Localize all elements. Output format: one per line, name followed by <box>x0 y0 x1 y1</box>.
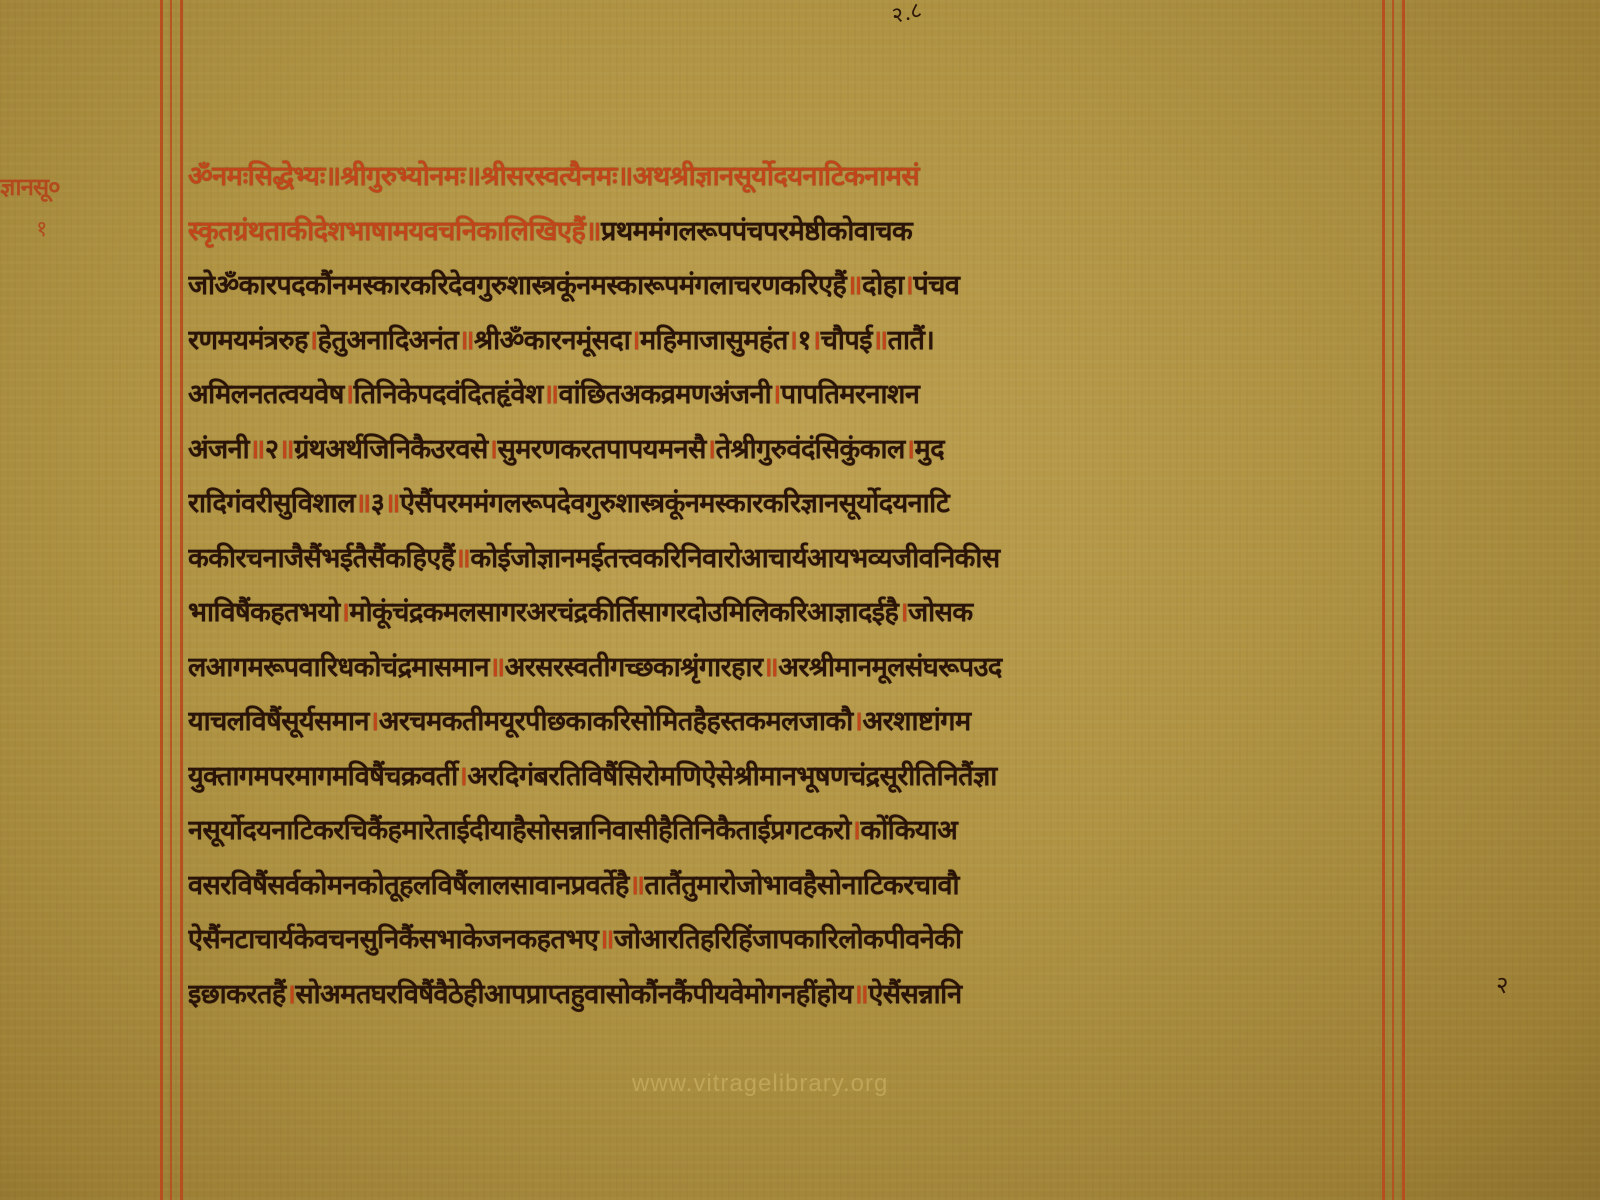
body-text: अरशाष्टांगम <box>862 706 970 737</box>
body-text: महिमाजासुमहंत <box>640 325 788 356</box>
body-text: तातैं। <box>888 325 935 356</box>
rubric-text: । <box>851 815 861 846</box>
manuscript-line: नसूर्योदयनाटिकरचिकैंहमारेताईदीयाहैसोसन्न… <box>188 804 1378 859</box>
rubric-text: ॥ <box>846 270 862 301</box>
body-text: मोकूंचंद्रकमलसागरअरचंद्रकीर्तिसागरदोउमिल… <box>349 597 898 628</box>
manuscript-line: रादिगंवरीसुविशाल॥३॥ऐसैंपरममंगलरूपदेवगुरु… <box>188 477 1378 532</box>
manuscript-line: ऐसैंनटाचार्यकेवचनसुनिकैंसभाकेजनकहतभए॥जोआ… <box>188 913 1378 968</box>
rubric-text: ॥ <box>455 543 471 574</box>
rubric-text: ॥ <box>598 924 614 955</box>
body-text: अरसरस्वतीगच्छकाश्रृंगारहार <box>505 652 763 683</box>
rubric-text: । <box>344 379 354 410</box>
rubric-text: । <box>630 325 640 356</box>
rubric-text: । <box>898 597 908 628</box>
body-text: तातैंतुमारोजोभावहैसोनाटिकरचावौ <box>645 870 959 901</box>
rubric-text: स्कृतग्रंथताकीदेशभाषामयवचनिकालिखिएहैं॥ <box>188 216 601 247</box>
rubric-text: । <box>771 379 781 410</box>
rubric-text: ॐनमःसिद्धेभ्यः॥श्रीगुरुभ्योनमः॥श्रीसरस्व… <box>188 161 919 192</box>
body-text: जोसक <box>908 597 973 628</box>
folio-number-top: २.८ <box>890 1 924 28</box>
rubric-text: ॥ <box>872 325 888 356</box>
left-margin-note: ज्ञानसू० १ <box>0 170 150 243</box>
body-text: अरश्रीमानमूलसंघरूपउद <box>778 652 1002 683</box>
rubric-text: । <box>706 434 716 465</box>
body-text: युक्तागमपरमागमविषैंचक्रवर्ती <box>188 761 458 792</box>
body-text: कोंकियाअ <box>860 815 957 846</box>
body-text: अंजनी <box>188 434 249 465</box>
body-text: श्रीॐकारनमूंसदा <box>474 325 630 356</box>
body-text: रादिगंवरीसुविशाल <box>188 488 355 519</box>
body-text: वसरविषैंसर्वकोमनकोतूहलविषैंलालसावानप्रवर… <box>188 870 629 901</box>
manuscript-line: ककीरचनाजैसैंभईतैसैंकहिएहैं॥कोईजोज्ञानमईत… <box>188 532 1378 587</box>
rubric-text: । <box>488 434 498 465</box>
manuscript-line: भाविषैंकहतभयो।मोकूंचंद्रकमलसागरअरचंद्रकी… <box>188 586 1378 641</box>
body-text: सुमरणकरतपापयमनसै <box>498 434 706 465</box>
rubric-text: । <box>369 706 379 737</box>
manuscript-line: अंजनी॥२॥ग्रंथअर्थजिनिकैउरवसे।सुमरणकरतपाप… <box>188 423 1378 478</box>
body-text: जोआरतिहरिहिंजापकारिलोकपीवनेकी <box>614 924 961 955</box>
rubric-text: । <box>811 325 821 356</box>
rubric-text: ॥ <box>458 325 474 356</box>
watermark: www.vitragelibrary.org <box>632 1070 888 1098</box>
body-text: इछाकरतहैं <box>188 979 286 1010</box>
body-text: ऐसैंनटाचार्यकेवचनसुनिकैंसभाकेजनकहतभए <box>188 924 598 955</box>
body-text: अरदिगंबरतिविषैंसिरोमणिऐसेश्रीमानभूषणचंद्… <box>467 761 996 792</box>
rubric-text: । <box>788 325 798 356</box>
rubric-text: ॥ <box>355 488 371 519</box>
rubric-text: ॥ <box>763 652 779 683</box>
body-text: याचलविषैंसूर्यसमान <box>188 706 369 737</box>
body-text: भाविषैंकहतभयो <box>188 597 340 628</box>
body-text: हेतुअनादिअनंत <box>318 325 459 356</box>
rubric-text: ॥ <box>543 379 559 410</box>
body-text: ग्रंथअर्थजिनिकैउरवसे <box>294 434 488 465</box>
body-text: चौपई <box>821 325 872 356</box>
body-text: पापतिमरनाशन <box>781 379 920 410</box>
manuscript-line: वसरविषैंसर्वकोमनकोतूहलविषैंलालसावानप्रवर… <box>188 859 1378 914</box>
body-text: अमिलनतत्वयवेष <box>188 379 344 410</box>
manuscript-text-block: ॐनमःसिद्धेभ्यः॥श्रीगुरुभ्योनमः॥श्रीसरस्व… <box>188 150 1378 1022</box>
body-text: ऐसैंसन्नानि <box>868 979 961 1010</box>
body-text: नसूर्योदयनाटिकरचिकैंहमारेताईदीयाहैसोसन्न… <box>188 815 851 846</box>
body-text: पंचव <box>913 270 959 301</box>
right-border-rule <box>1402 0 1405 1200</box>
manuscript-line: लआगमरूपवारिधकोचंद्रमासमान॥अरसरस्वतीगच्छक… <box>188 641 1378 696</box>
right-border-rule <box>1392 0 1394 1200</box>
body-text: लआगमरूपवारिधकोचंद्रमासमान <box>188 652 489 683</box>
manuscript-line: स्कृतग्रंथताकीदेशभाषामयवचनिकालिखिएहैं॥प्… <box>188 205 1378 260</box>
body-text: जोॐकारपदकौंनमस्कारकरिदेवगुरुशास्त्रकूंनम… <box>188 270 846 301</box>
body-text: प्रथममंगलरूपपंचपरमेष्ठीकोवाचक <box>601 216 912 247</box>
manuscript-line: युक्तागमपरमागमविषैंचक्रवर्ती।अरदिगंबरतिव… <box>188 750 1378 805</box>
manuscript-line: याचलविषैंसूर्यसमान।अरचमकतीमयूरपीछकाकरिसो… <box>188 695 1378 750</box>
manuscript-line: इछाकरतहैं।सोअमतघरविषैंवैठेहीआपप्राप्तहुव… <box>188 968 1378 1023</box>
body-text: २ <box>265 434 279 465</box>
margin-folio-number: १ <box>36 213 150 243</box>
manuscript-line: रणमयमंत्ररुह।हेतुअनादिअनंत॥श्रीॐकारनमूंस… <box>188 314 1378 369</box>
body-text: सोअमतघरविषैंवैठेहीआपप्राप्तहुवासोकौंनकैं… <box>295 979 852 1010</box>
left-border-rule <box>170 0 172 1200</box>
rubric-text: ॥ <box>384 488 400 519</box>
rubric-text: ॥ <box>278 434 294 465</box>
manuscript-line: ॐनमःसिद्धेभ्यः॥श्रीगुरुभ्योनमः॥श्रीसरस्व… <box>188 150 1378 205</box>
left-border-rule <box>180 0 183 1200</box>
right-margin-folio-number: २ <box>1496 968 1508 1001</box>
rubric-text: । <box>905 434 915 465</box>
rubric-text: । <box>458 761 468 792</box>
body-text: ककीरचनाजैसैंभईतैसैंकहिएहैं <box>188 543 455 574</box>
body-text: १ <box>797 325 811 356</box>
rubric-text: ॥ <box>853 979 869 1010</box>
rubric-text: । <box>340 597 350 628</box>
manuscript-page: २.८ ज्ञानसू० १ २ ॐनमःसिद्धेभ्यः॥श्रीगुरु… <box>0 0 1600 1200</box>
rubric-text: ॥ <box>489 652 505 683</box>
body-text: मुद <box>915 434 944 465</box>
body-text: अरचमकतीमयूरपीछकाकरिसोमितहैहस्तकमलजाकौ <box>379 706 853 737</box>
body-text: तिनिकेपदवंदितहृंवेश <box>354 379 543 410</box>
rubric-text: । <box>308 325 318 356</box>
body-text: ऐसैंपरममंगलरूपदेवगुरुशास्त्रकूंनमस्कारकर… <box>400 488 949 519</box>
body-text: रणमयमंत्ररुह <box>188 325 308 356</box>
body-text: तेश्रीगुरुवंदंसिकुंकाल <box>716 434 905 465</box>
rubric-text: ॥ <box>629 870 645 901</box>
rubric-text: । <box>904 270 914 301</box>
manuscript-line: जोॐकारपदकौंनमस्कारकरिदेवगुरुशास्त्रकूंनम… <box>188 259 1378 314</box>
rubric-text: ॥ <box>249 434 265 465</box>
left-border-rule <box>160 0 163 1200</box>
body-text: वांछितअकव्रमणअंजनी <box>559 379 772 410</box>
rubric-text: । <box>286 979 296 1010</box>
manuscript-line: अमिलनतत्वयवेष।तिनिकेपदवंदितहृंवेश॥वांछित… <box>188 368 1378 423</box>
body-text: दोहा <box>862 270 904 301</box>
rubric-text: । <box>853 706 863 737</box>
body-text: कोईजोज्ञानमईतत्त्वकरिनिवारोआचार्यआयभव्यज… <box>470 543 999 574</box>
margin-title: ज्ञानसू० <box>0 172 60 201</box>
right-border-rule <box>1382 0 1385 1200</box>
body-text: ३ <box>371 488 385 519</box>
